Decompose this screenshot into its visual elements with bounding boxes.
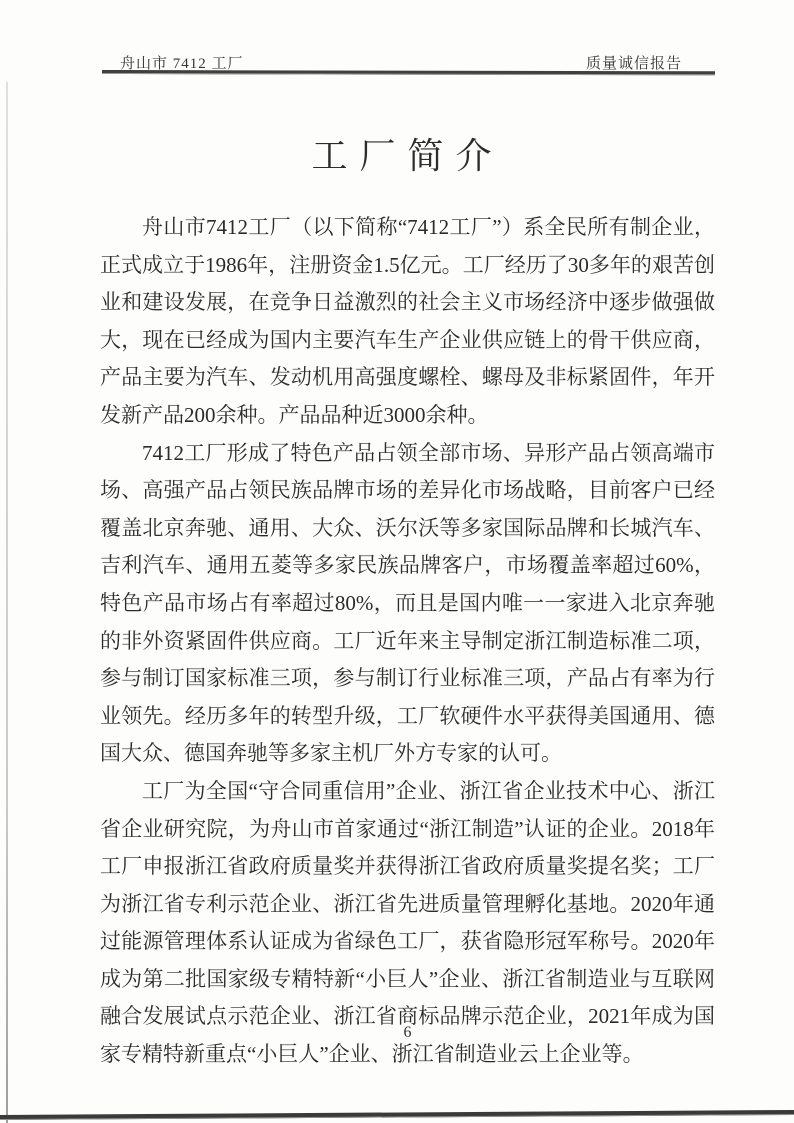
page-title: 工厂简介 (311, 128, 503, 179)
title-container: 工厂简介 (100, 128, 715, 179)
body-text: 舟山市7412工厂（以下简称“7412工厂”）系全民所有制企业，正式成立于198… (100, 209, 715, 1074)
paragraph-market-strategy: 7412工厂形成了特色产品占领全部市场、异形产品占领高端市场、高强产品占领民族品… (100, 435, 715, 773)
page-number: 6 (100, 1024, 715, 1042)
scan-artifact-left-edge (6, 82, 8, 1123)
scan-artifact-bottom-edge (0, 1110, 794, 1120)
header-report-title: 质量诚信报告 (586, 52, 682, 73)
header-rule (102, 70, 715, 75)
scanned-document-page: 舟山市 7412 工厂 质量诚信报告 工厂简介 舟山市7412工厂（以下简称“7… (0, 0, 794, 1123)
paragraph-intro: 舟山市7412工厂（以下简称“7412工厂”）系全民所有制企业，正式成立于198… (100, 209, 715, 435)
